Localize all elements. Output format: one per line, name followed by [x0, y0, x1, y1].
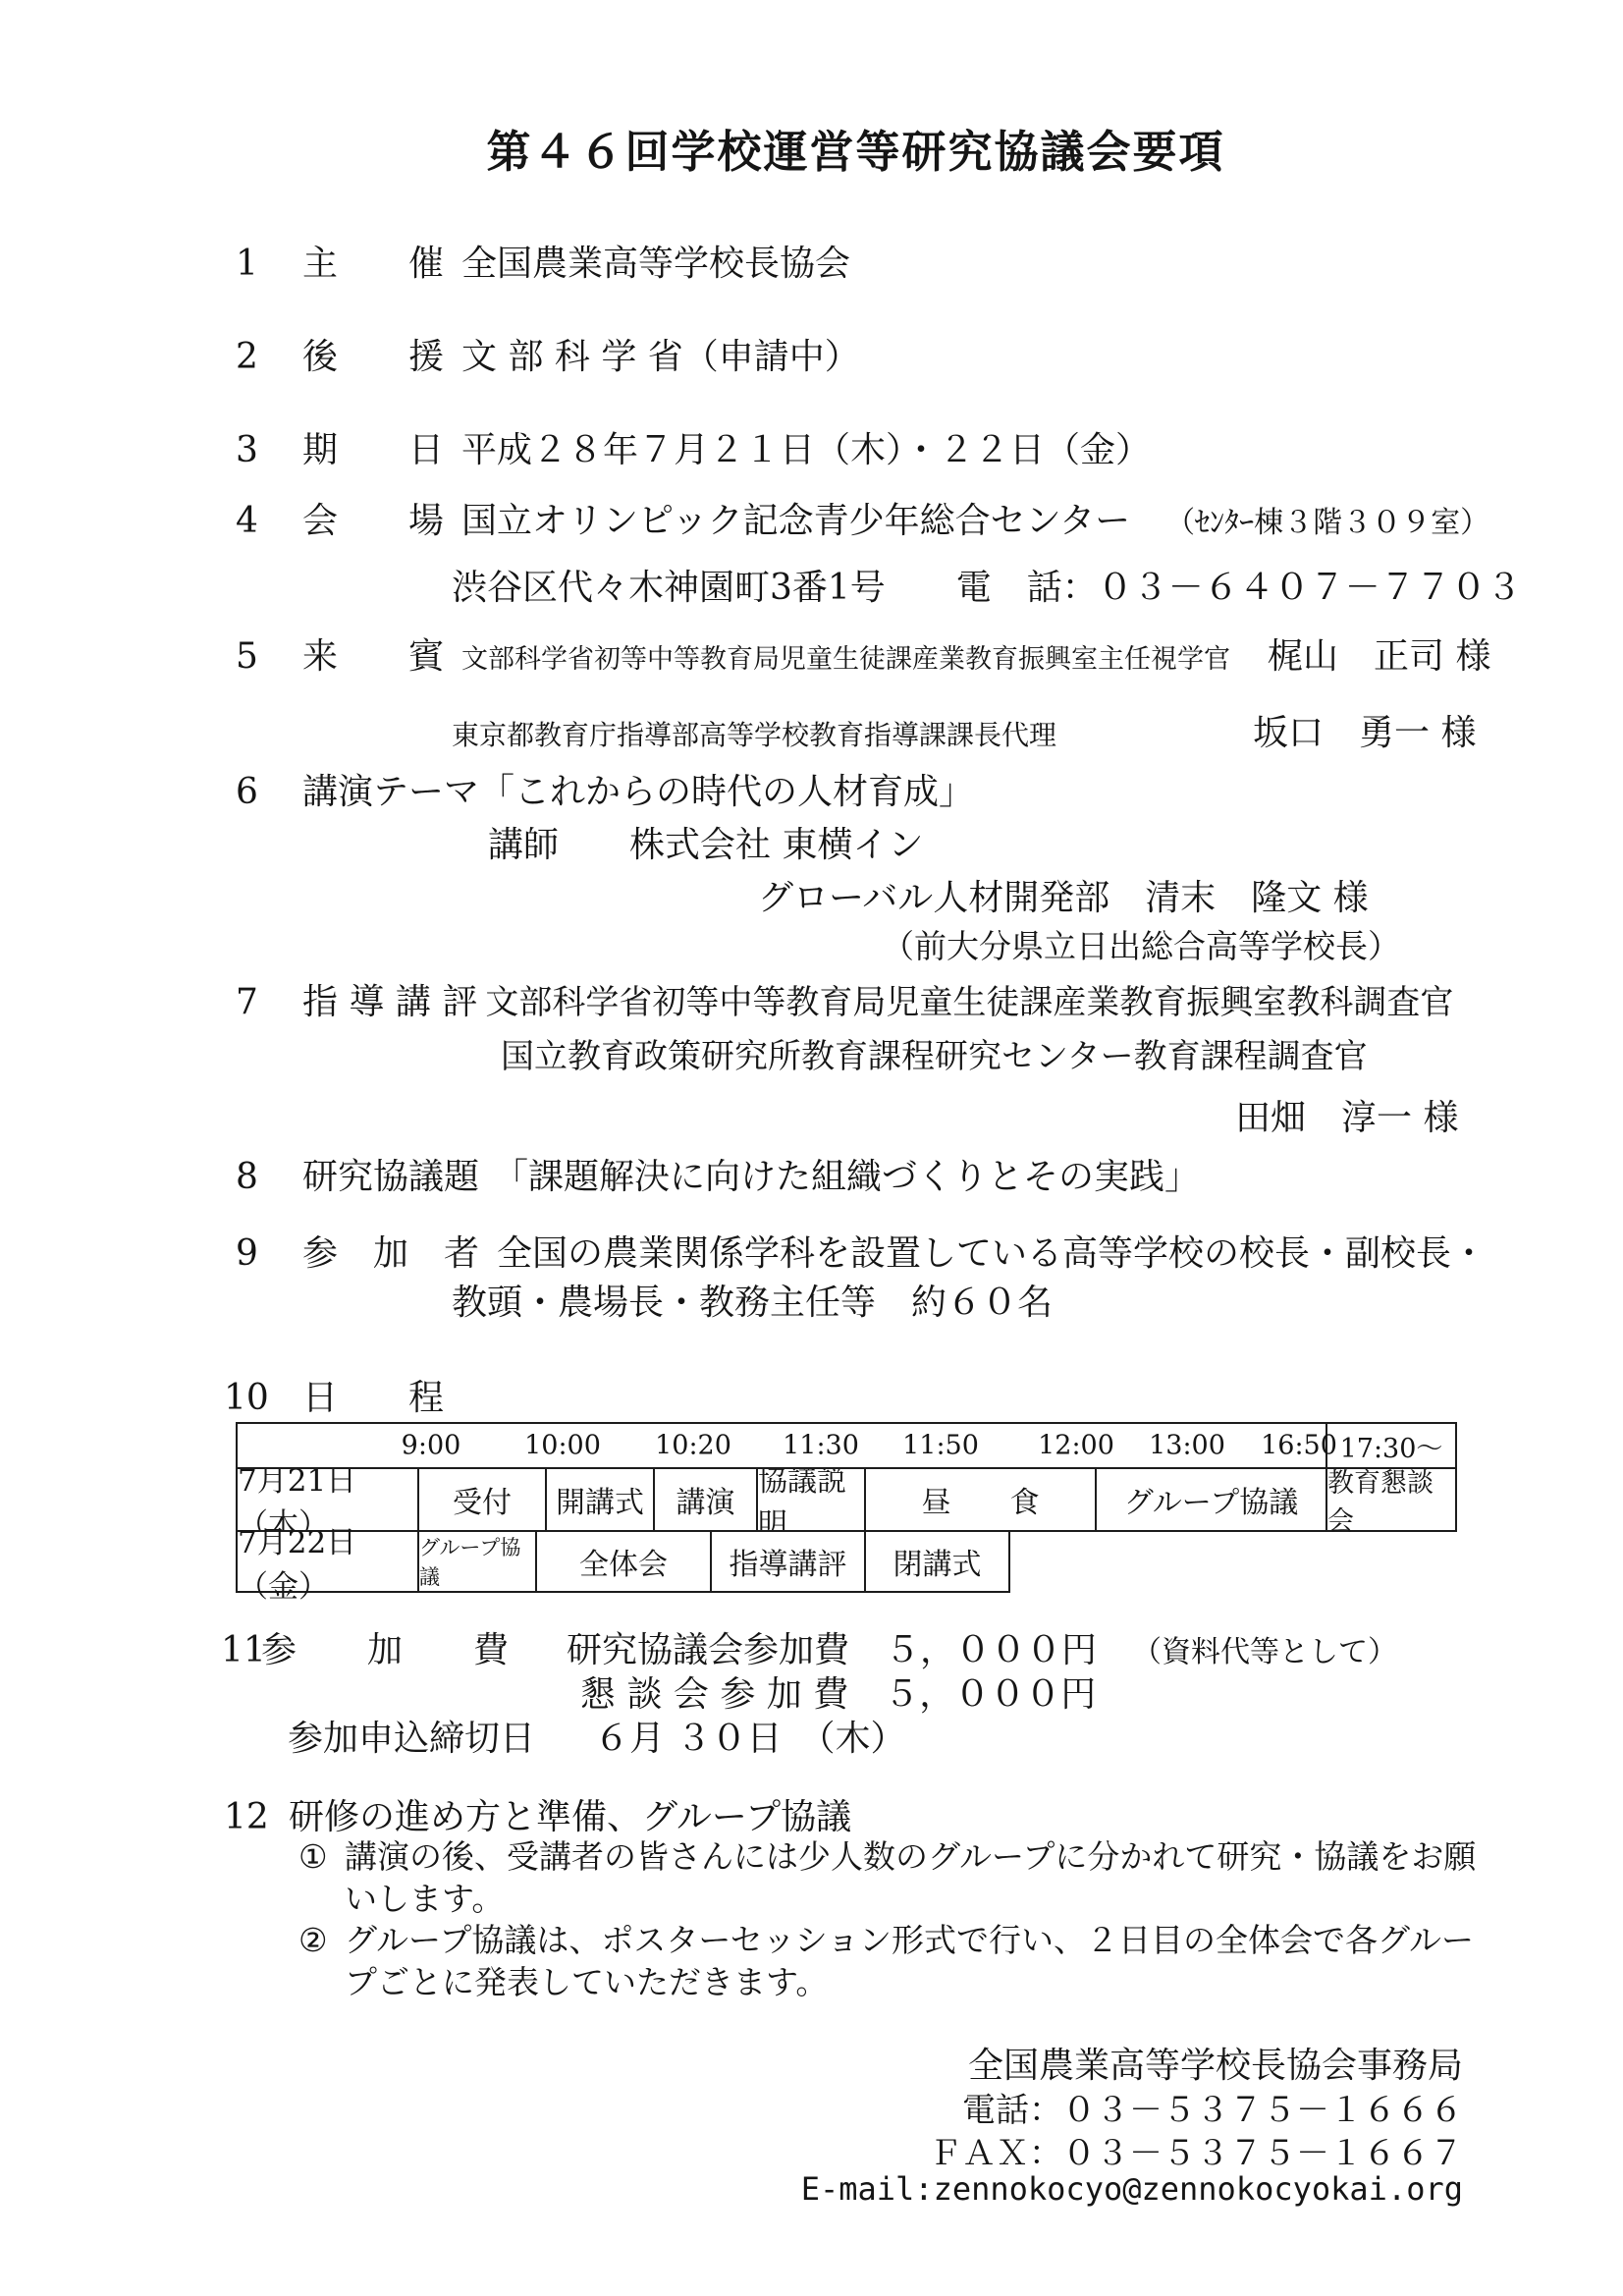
- schedule-time-row: 9:00 10:00 10:20 11:30 11:50 12:00 13:00…: [236, 1422, 1457, 1469]
- item-9-line2: 教頭・農場長・教務主任等 約６０名: [452, 1275, 1053, 1325]
- item-6: 6 講演テーマ 「これからの時代の人材育成」: [236, 764, 974, 814]
- time-1650: 16:50: [1261, 1431, 1337, 1461]
- time-0900: 9:00: [402, 1431, 461, 1461]
- day1-lecture: 講演: [653, 1467, 758, 1532]
- day1-group-discussion: グループ協議: [1095, 1467, 1327, 1532]
- item-8: 8 研究協議題 「課題解決に向けた組織づくりとその実践」: [236, 1149, 1200, 1199]
- item-6-number: 6: [236, 772, 302, 812]
- item-8-number: 8: [236, 1157, 302, 1197]
- page-title: 第４６回学校運営等研究協議会要項: [88, 116, 1623, 180]
- item-7-label: 指 導 講 評: [302, 974, 477, 1024]
- item-1-label: 主 催: [302, 236, 444, 286]
- item-9-number: 9: [236, 1233, 302, 1274]
- item-11-note: （資料代等として）: [1132, 1627, 1397, 1670]
- item-4-line2: 渋谷区代々木神園町3番1号 電 話：０３－６４０７－７７０３: [452, 560, 1522, 610]
- item-4-room: （ｾﾝﾀｰ棟３階３０９室）: [1165, 498, 1489, 541]
- item-7-line2: 国立教育政策研究所教育課程研究センター教育課程調査官: [501, 1029, 1368, 1077]
- item-4-number: 4: [236, 501, 302, 541]
- time-1300: 13:00: [1149, 1431, 1225, 1461]
- item-5-number: 5: [236, 636, 302, 677]
- footer-email: E-mail:zennokocyo@zennokocyokai.org: [801, 2170, 1463, 2208]
- item-9-label: 参 加 者: [302, 1226, 479, 1276]
- day1-social: 教育懇談会: [1325, 1467, 1457, 1532]
- item-4: 4 会 場 国立オリンピック記念青少年総合センター （ｾﾝﾀｰ棟３階３０９室）: [236, 493, 1489, 543]
- circled-1-mark: ①: [298, 1837, 345, 1876]
- day2-plenary: 全体会: [535, 1530, 712, 1593]
- item-11-text: 研究協議会参加費 ５，０００円: [567, 1622, 1132, 1672]
- item-11-number: 11: [221, 1630, 261, 1670]
- item-2-label: 後 援: [302, 329, 444, 379]
- time-1130: 11:30: [783, 1431, 859, 1461]
- item-5-line2: 東京都教育庁指導部高等学校教育指導課課長代理 坂口 勇一 様: [452, 705, 1476, 755]
- bullet-1-line2: いします。: [345, 1874, 504, 1920]
- schedule-table: 9:00 10:00 10:20 11:30 11:50 12:00 13:00…: [236, 1422, 1457, 1593]
- item-11: 11 参 加 費 研究協議会参加費 ５，０００円 （資料代等として）: [221, 1622, 1397, 1672]
- item-7-text: 文部科学省初等中等教育局児童生徒課産業教育振興室教科調査官: [485, 975, 1453, 1023]
- day2-date: 7月22日（金）: [236, 1530, 419, 1593]
- document-page: 第４６回学校運営等研究協議会要項 1 主 催 全国農業高等学校長協会 2 後 援…: [0, 0, 1623, 2296]
- day2-guidance: 指導講評: [710, 1530, 866, 1593]
- item-6-text: 「これからの時代の人材育成」: [479, 764, 974, 814]
- day2-closing: 閉講式: [864, 1530, 1010, 1593]
- item-8-text: 「課題解決に向けた組織づくりとその実践」: [493, 1149, 1200, 1199]
- item-3-number: 3: [236, 430, 302, 470]
- footer-fax: ＦＡＸ：０３－５３７５－１６６７: [929, 2126, 1463, 2174]
- footer-phone: 電話：０３－５３７５－１６６６: [962, 2083, 1463, 2131]
- item-10-label: 日 程: [302, 1370, 444, 1420]
- item-3: 3 期 日 平成２８年７月２１日（木）・２２日（金）: [236, 422, 1151, 472]
- item-11-deadline: 参加申込締切日 ６月 ３０日 （木）: [288, 1711, 905, 1761]
- time-1020: 10:20: [655, 1431, 731, 1461]
- bullet-1-line1: 講演の後、受講者の皆さんには少人数のグループに分かれて研究・協議をお願: [345, 1831, 1476, 1878]
- schedule-day1-row: 7月21日（木） 受付 開講式 講演 協議説明 昼 食 グループ協議 教育懇談会: [236, 1469, 1457, 1532]
- item-11-label: 参 加 費: [261, 1622, 509, 1672]
- item-1: 1 主 催 全国農業高等学校長協会: [236, 236, 850, 286]
- bullet-2-line1: グループ協議は、ポスターセッション形式で行い、２日目の全体会で各グルー: [345, 1915, 1474, 1961]
- item-5-guest2: 坂口 勇一 様: [1253, 705, 1476, 755]
- time-1000: 10:00: [524, 1431, 601, 1461]
- day1-opening: 開講式: [545, 1467, 655, 1532]
- item-6-line2: 講師 株式会社 東横イン: [488, 817, 923, 867]
- deadline-value: ６月 ３０日 （木）: [594, 1711, 905, 1761]
- item-6-label: 講演テーマ: [302, 764, 479, 814]
- item-5-guest1: 梶山 正司 様: [1268, 629, 1490, 679]
- item-9-text: 全国の農業関係学科を設置している高等学校の校長・副校長・: [497, 1226, 1487, 1276]
- item-10: 10 日 程: [224, 1370, 444, 1420]
- item-4-text: 国立オリンピック記念青少年総合センター: [461, 493, 1165, 543]
- item-3-label: 期 日: [302, 422, 444, 472]
- item-5: 5 来 賓 文部科学省初等中等教育局児童生徒課産業教育振興室主任視学官 梶山 正…: [236, 629, 1490, 679]
- item-1-text: 全国農業高等学校長協会: [461, 236, 850, 286]
- item-7-line3: 田畑 淳一 様: [1235, 1090, 1458, 1140]
- item-12-bullet-1: ① 講演の後、受講者の皆さんには少人数のグループに分かれて研究・協議をお願: [298, 1831, 1476, 1878]
- item-7-number: 7: [236, 982, 302, 1022]
- item-12-number: 12: [224, 1797, 289, 1837]
- time-1200: 12:00: [1038, 1431, 1114, 1461]
- item-2-number: 2: [236, 337, 302, 377]
- time-1150: 11:50: [902, 1431, 979, 1461]
- item-3-text: 平成２８年７月２１日（木）・２２日（金）: [461, 422, 1151, 472]
- item-11-line2: 懇 談 会 参 加 費 ５，０００円: [580, 1667, 1096, 1717]
- footer-org-name: 全国農業高等学校長協会事務局: [968, 2038, 1463, 2088]
- day1-briefing: 協議説明: [756, 1467, 866, 1532]
- item-1-number: 1: [236, 244, 302, 284]
- bullet-2-line2: プごとに発表していただきます。: [345, 1957, 828, 2003]
- deadline-label: 参加申込締切日: [288, 1711, 535, 1761]
- item-12-bullet-2: ② グループ協議は、ポスターセッション形式で行い、２日目の全体会で各グルー: [298, 1915, 1474, 1961]
- item-5-text: 文部科学省初等中等教育局児童生徒課産業教育振興室主任視学官: [461, 637, 1230, 676]
- day2-group-discussion: グループ協議: [417, 1530, 537, 1593]
- day1-lunch: 昼 食: [864, 1467, 1097, 1532]
- day1-reception: 受付: [417, 1467, 547, 1532]
- item-6-line4: （前大分県立日出総合高等学校長）: [882, 921, 1400, 967]
- item-5-line2-text: 東京都教育庁指導部高等学校教育指導課課長代理: [452, 714, 1056, 753]
- item-4-label: 会 場: [302, 493, 444, 543]
- item-9: 9 参 加 者 全国の農業関係学科を設置している高等学校の校長・副校長・: [236, 1226, 1487, 1276]
- item-2: 2 後 援 文 部 科 学 省（申請中）: [236, 329, 860, 379]
- circled-2-mark: ②: [298, 1921, 345, 1959]
- item-8-label: 研究協議題: [302, 1149, 479, 1199]
- schedule-time-cell: 9:00 10:00 10:20 11:30 11:50 12:00 13:00…: [236, 1422, 1327, 1469]
- schedule-day2-row: 7月22日（金） グループ協議 全体会 指導講評 閉講式: [236, 1532, 1457, 1593]
- item-7: 7 指 導 講 評 文部科学省初等中等教育局児童生徒課産業教育振興室教科調査官: [236, 974, 1453, 1024]
- item-5-label: 来 賓: [302, 629, 444, 679]
- item-6-line3: グローバル人材開発部 清末 隆文 様: [758, 870, 1369, 920]
- item-2-text: 文 部 科 学 省（申請中）: [461, 329, 860, 379]
- item-10-number: 10: [224, 1378, 302, 1418]
